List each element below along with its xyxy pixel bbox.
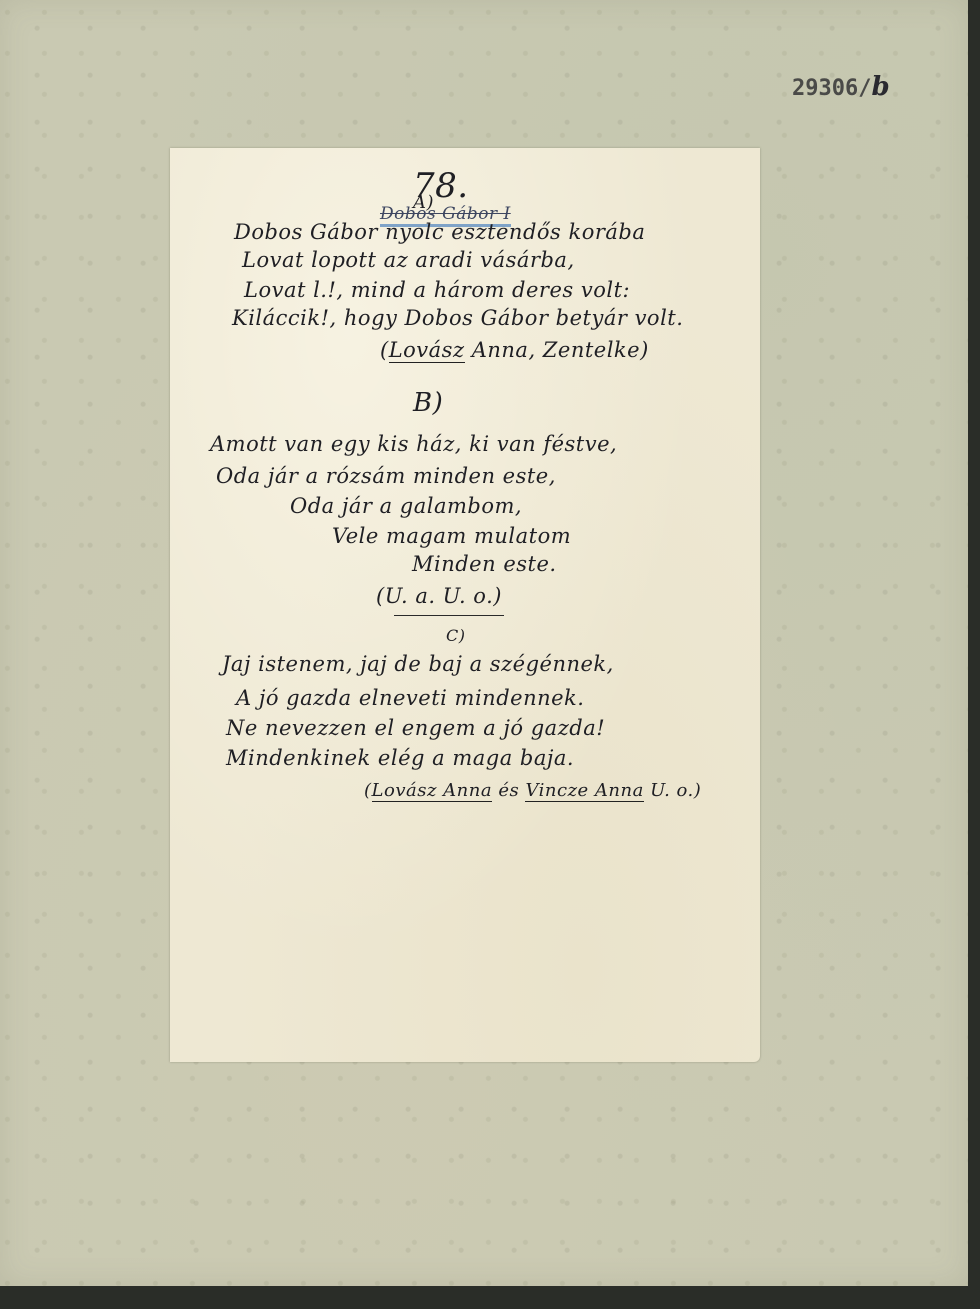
section-c-line-4: Mindenkinek elég a maga baja. xyxy=(226,746,574,770)
section-a-line-2: Lovat lopott az aradi vásárba, xyxy=(242,248,575,272)
section-a-line-1: Dobos Gábor nyolc esztendős korába xyxy=(234,220,645,244)
source-name-underlined: Lovász xyxy=(389,338,465,363)
section-c-line-3: Ne nevezzen el engem a jó gazda! xyxy=(226,716,605,740)
source-name-2: Vincze Anna xyxy=(525,780,643,802)
section-c-line-2: A jó gazda elneveti mindennek. xyxy=(236,686,584,710)
catalog-suffix: b xyxy=(871,72,889,102)
source-rest: Anna, Zentelke xyxy=(472,338,640,362)
source-name-1: Lovász Anna xyxy=(372,780,493,802)
section-b-line-2: Oda jár a rózsám minden este, xyxy=(216,464,556,488)
section-c-line-1: Jaj istenem, jaj de baj a szégénnek, xyxy=(222,652,614,676)
catalog-number: 29306/ xyxy=(792,76,871,101)
section-b-line-3: Oda jár a galambom, xyxy=(290,494,522,518)
manuscript-page: 78. A) Dobos Gábor I Dobos Gábor nyolc e… xyxy=(170,148,760,1062)
source-place: U. o.) xyxy=(650,780,701,801)
section-b-source: (U. a. U. o.) xyxy=(376,584,502,608)
section-b-label: B) xyxy=(413,388,443,418)
section-b-line-5: Minden este. xyxy=(412,552,557,576)
section-b-line-1: Amott van egy kis ház, ki van féstve, xyxy=(210,432,617,456)
section-a-line-3: Lovat l.!, mind a három deres volt: xyxy=(244,278,630,302)
section-c-source: (Lovász Anna és Vincze Anna U. o.) xyxy=(364,780,701,801)
mount-board: 29306/b 78. A) Dobos Gábor I Dobos Gábor… xyxy=(0,0,968,1286)
section-b-divider xyxy=(394,615,504,616)
section-c-label: C) xyxy=(446,626,465,645)
section-b-line-4: Vele magam mulatom xyxy=(332,524,571,548)
section-a-line-4: Kiláccik!, hogy Dobos Gábor betyár volt. xyxy=(232,306,683,330)
catalog-number-stamp: 29306/b xyxy=(792,72,890,102)
section-a-source: (Lovász Anna, Zentelke) xyxy=(380,338,649,362)
